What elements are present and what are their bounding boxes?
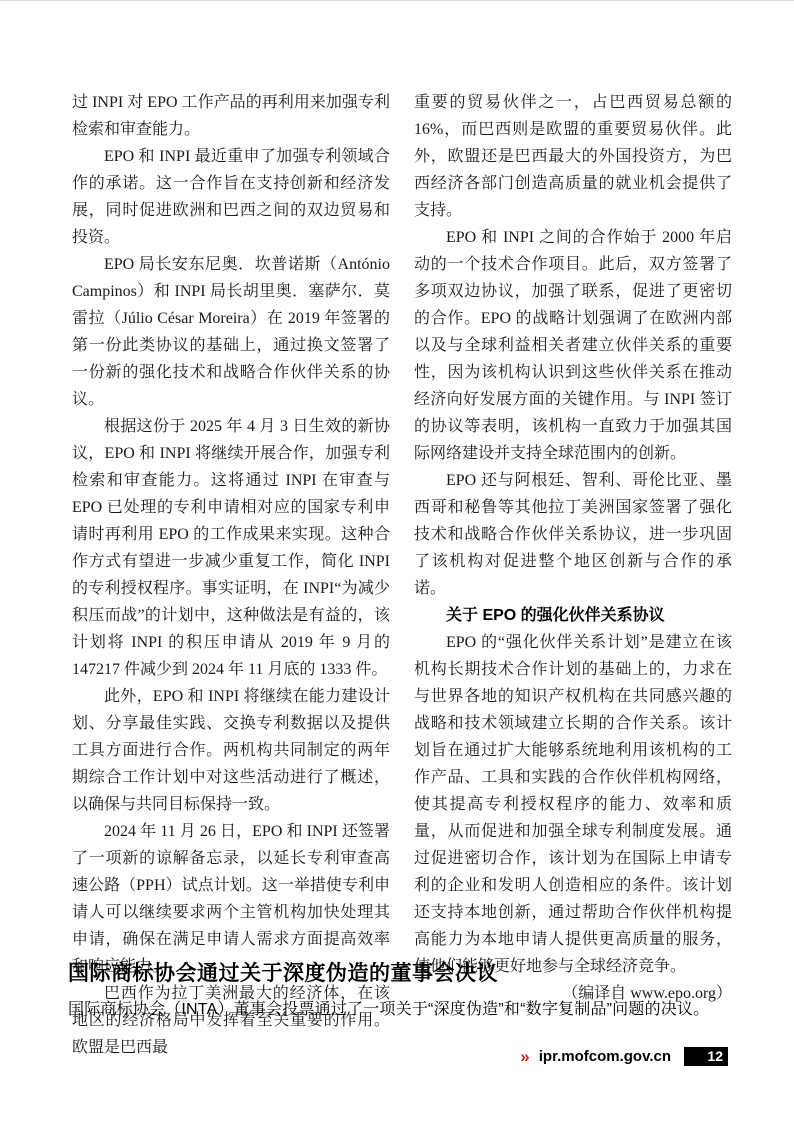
page-footer: » ipr.mofcom.gov.cn 12 xyxy=(520,1047,728,1066)
paragraph: EPO 和 INPI 之间的合作始于 2000 年启动的一个技术合作项目。此后，… xyxy=(414,224,732,467)
article-title: 国际商标协会通过关于深度伪造的董事会决议 xyxy=(68,959,728,989)
page-number-badge: 12 xyxy=(684,1047,728,1066)
document-page: 过 INPI 对 EPO 工作产品的再利用来加强专利检索和审查能力。 EPO 和… xyxy=(0,0,794,1122)
right-column: 重要的贸易伙伴之一，占巴西贸易总额的 16%，而巴西则是欧盟的重要贸易伙伴。此外… xyxy=(414,89,732,1061)
paragraph: 此外，EPO 和 INPI 将继续在能力建设计划、分享最佳实践、交换专利数据以及… xyxy=(72,683,390,818)
paragraph: 根据这份于 2025 年 4 月 3 日生效的新协议，EPO 和 INPI 将继… xyxy=(72,413,390,683)
paragraph: EPO 和 INPI 最近重申了加强专利领域合作的承诺。这一合作旨在支持创新和经… xyxy=(72,143,390,251)
paragraph: EPO 的“强化伙伴关系计划”是建立在该机构长期技术合作计划的基础上的，力求在与… xyxy=(414,629,732,980)
paragraph: 2024 年 11 月 26 日，EPO 和 INPI 还签署了一项新的谅解备忘… xyxy=(72,818,390,980)
paragraph: 过 INPI 对 EPO 工作产品的再利用来加强专利检索和审查能力。 xyxy=(72,89,390,143)
section-subheading: 关于 EPO 的强化伙伴关系协议 xyxy=(414,602,732,629)
article-epo-inpi: 过 INPI 对 EPO 工作产品的再利用来加强专利检索和审查能力。 EPO 和… xyxy=(72,89,732,1061)
paragraph: 重要的贸易伙伴之一，占巴西贸易总额的 16%，而巴西则是欧盟的重要贸易伙伴。此外… xyxy=(414,89,732,224)
paragraph: EPO 还与阿根廷、智利、哥伦比亚、墨西哥和秘鲁等其他拉丁美洲国家签署了强化技术… xyxy=(414,467,732,602)
double-chevron-icon: » xyxy=(520,1047,529,1066)
article-inta: 国际商标协会通过关于深度伪造的董事会决议 国际商标协会（INTA）董事会投票通过… xyxy=(68,959,728,1021)
left-column: 过 INPI 对 EPO 工作产品的再利用来加强专利检索和审查能力。 EPO 和… xyxy=(72,89,390,1061)
site-url: ipr.mofcom.gov.cn xyxy=(539,1048,671,1065)
paragraph: EPO 局长安东尼奥．坎普诺斯（António Campinos）和 INPI … xyxy=(72,251,390,413)
article-subtitle: 国际商标协会（INTA）董事会投票通过了一项关于“深度伪造”和“数字复制品”问题… xyxy=(68,999,728,1021)
